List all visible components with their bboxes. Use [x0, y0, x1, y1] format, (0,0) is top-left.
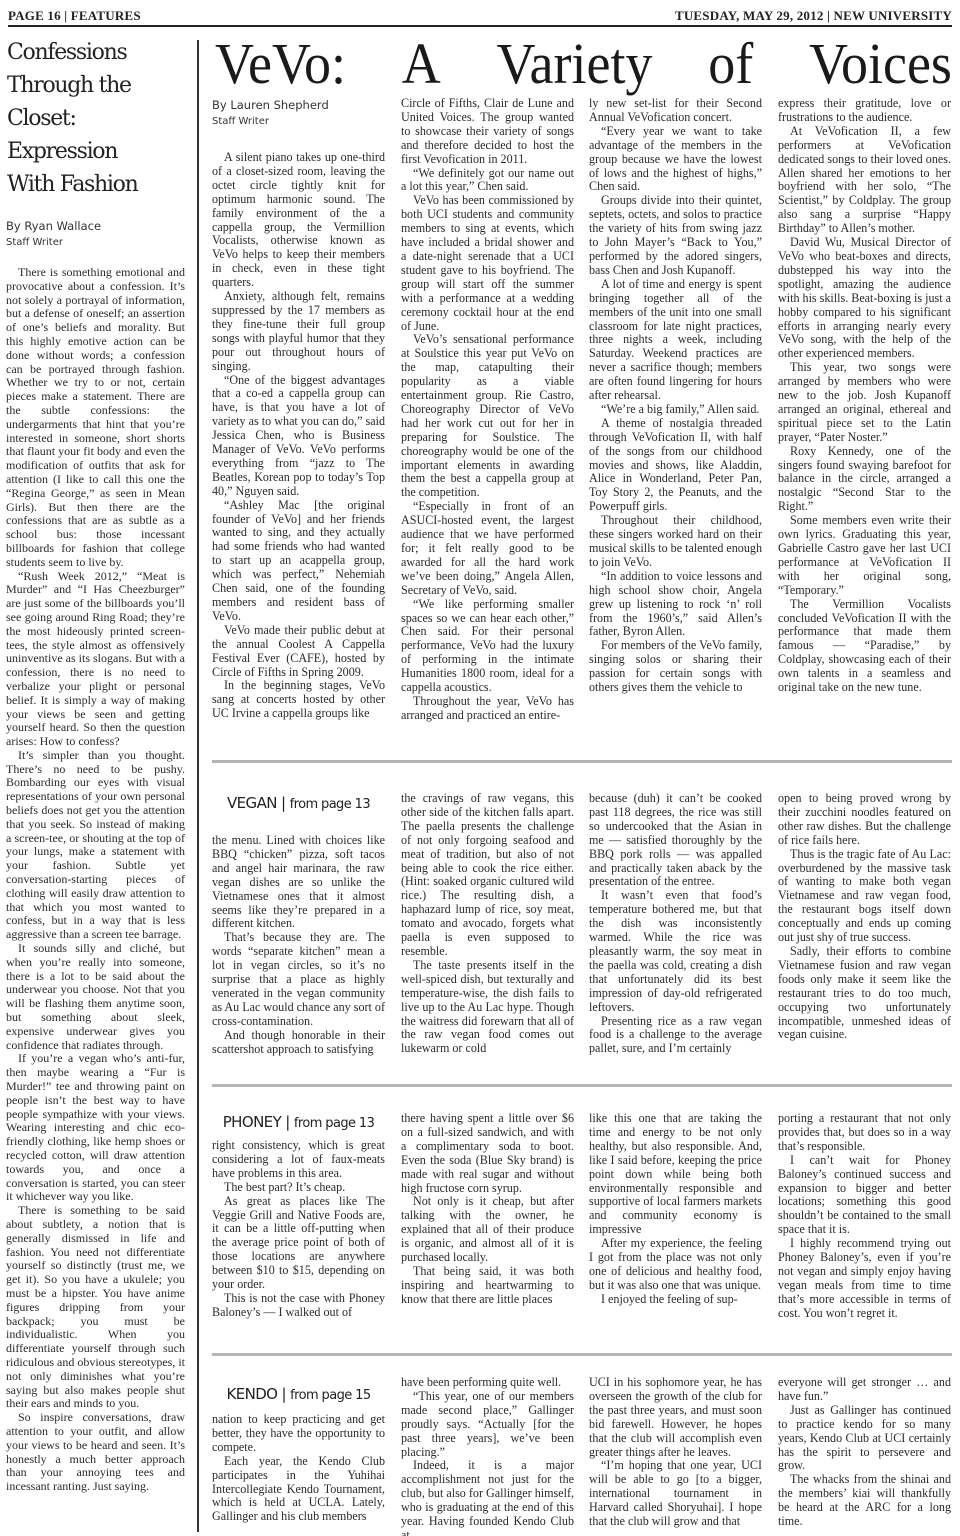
- kendo-col1-body: nation to keep practicing and get better…: [212, 1413, 385, 1524]
- headline-word: VeVo:: [215, 30, 346, 97]
- page-date-publication: TUESDAY, MAY 29, 2012 | NEW UNIVERSITY: [675, 8, 952, 24]
- paragraph: Thus is the tragic fate of Au Lac: overb…: [778, 848, 951, 945]
- headline-word: Variety: [497, 30, 653, 97]
- paragraph: This year, two songs were arranged by me…: [778, 361, 951, 444]
- vevo-headline: VeVo: A Variety of Voices: [215, 30, 952, 97]
- paragraph: It’s simpler than you thought. There’s n…: [6, 749, 185, 942]
- jump-from-link[interactable]: from page 13: [290, 797, 370, 812]
- paragraph: The taste presents itself in the well-sp…: [401, 959, 574, 1056]
- fashion-byline: By Ryan Wallace: [6, 219, 185, 233]
- paragraph: everyone will get stronger … and have fu…: [778, 1376, 951, 1404]
- section-divider: [212, 760, 952, 763]
- jump-label: VEGAN |: [227, 794, 285, 812]
- paragraph: because (duh) it can’t be cooked past 11…: [589, 792, 762, 889]
- headline-word: A: [402, 30, 441, 97]
- paragraph: “This year, one of our members made seco…: [401, 1390, 574, 1460]
- paragraph: Indeed, it is a major accomplishment not…: [401, 1459, 574, 1536]
- vegan-col1-body: the menu. Lined with choices like BBQ “c…: [212, 834, 385, 1057]
- paragraph: express their gratitude, love or frustra…: [778, 97, 951, 125]
- title-line: Confessions: [7, 36, 185, 69]
- kendo-column-2: have been performing quite well. “This y…: [401, 1376, 574, 1536]
- paragraph: VeVo made their public debut at the annu…: [212, 624, 385, 680]
- paragraph: “Ashley Mac [the original founder of VeV…: [212, 499, 385, 624]
- paragraph: After my experience, the feeling I got f…: [589, 1237, 762, 1293]
- kendo-column-3: UCI in his sophomore year, he has overse…: [589, 1376, 762, 1529]
- paragraph: “In addition to voice lessons and high s…: [589, 570, 762, 640]
- paragraph: the menu. Lined with choices like BBQ “c…: [212, 834, 385, 931]
- paragraph: In the beginning stages, VeVo sang at co…: [212, 679, 385, 721]
- column-divider: [197, 40, 199, 1532]
- vegan-column-4: open to being proved wrong by their zucc…: [778, 792, 951, 1042]
- vevo-byline: By Lauren Shepherd: [212, 98, 385, 112]
- paragraph: And though honorable in their scattersho…: [212, 1029, 385, 1057]
- kendo-column-4: everyone will get stronger … and have fu…: [778, 1376, 951, 1529]
- paragraph: Presenting rice as a raw vegan food is a…: [589, 1015, 762, 1057]
- phoney-jump-head: PHONEY | from page 13: [212, 1113, 385, 1131]
- fashion-article: Confessions Through the Closet: Expressi…: [6, 32, 185, 1494]
- jump-from-link[interactable]: from page 15: [290, 1388, 370, 1403]
- section-divider: [212, 1084, 952, 1087]
- paragraph: like this one that are taking the time a…: [589, 1112, 762, 1237]
- phoney-col1-body: right consistency, which is great consid…: [212, 1139, 385, 1320]
- paragraph: A theme of nostalgia threaded through Ve…: [589, 417, 762, 514]
- vevo-col1-body: A silent piano takes up one-third of a c…: [212, 151, 385, 721]
- paragraph: The Vermillion Vocalists concluded VeVof…: [778, 598, 951, 695]
- paragraph: UCI in his sophomore year, he has overse…: [589, 1376, 762, 1459]
- paragraph: Roxy Kennedy, one of the singers found s…: [778, 445, 951, 515]
- paragraph: A lot of time and energy is spent bringi…: [589, 278, 762, 403]
- vegan-jump-head: VEGAN | from page 13: [212, 794, 385, 812]
- paragraph: “Every year we want to take advantage of…: [589, 125, 762, 195]
- paragraph: “Especially in front of an ASUCI-hosted …: [401, 500, 574, 597]
- headline-word: Voices: [809, 30, 952, 97]
- paragraph: A silent piano takes up one-third of a c…: [212, 151, 385, 290]
- paragraph: So inspire conversations, draw attention…: [6, 1411, 185, 1494]
- paragraph: VeVo’s sensational performance at Soulst…: [401, 333, 574, 500]
- page-header: PAGE 16 | FEATURES TUESDAY, MAY 29, 2012…: [8, 4, 952, 27]
- paragraph: open to being proved wrong by their zucc…: [778, 792, 951, 848]
- jump-from-link[interactable]: from page 13: [294, 1116, 374, 1131]
- phoney-column-1: PHONEY | from page 13 right consistency,…: [212, 1113, 385, 1320]
- paragraph: It sounds silly and cliché, but when you…: [6, 942, 185, 1052]
- page-section-label: PAGE 16 | FEATURES: [8, 8, 141, 24]
- paragraph: There is something to be said about subt…: [6, 1204, 185, 1411]
- paragraph: At VeVofication II, a few performers at …: [778, 125, 951, 236]
- vevo-column-3: ly new set-list for their Second Annual …: [589, 97, 762, 695]
- title-line: Closet: Expression: [7, 102, 185, 168]
- paragraph: That being said, it was both inspiring a…: [401, 1265, 574, 1307]
- paragraph: Not only is it cheap, but after talking …: [401, 1195, 574, 1265]
- paragraph: have been performing quite well.: [401, 1376, 574, 1390]
- paragraph: ly new set-list for their Second Annual …: [589, 97, 762, 125]
- paragraph: VeVo has been commissioned by both UCI s…: [401, 194, 574, 333]
- phoney-column-3: like this one that are taking the time a…: [589, 1112, 762, 1307]
- vegan-column-2: the cravings of raw vegans, this other s…: [401, 792, 574, 1056]
- jump-label: KENDO |: [226, 1385, 286, 1403]
- phoney-column-2: there having spent a little over $6 on a…: [401, 1112, 574, 1307]
- paragraph: Some members even write their own lyrics…: [778, 514, 951, 597]
- paragraph: David Wu, Musical Director of VeVo who b…: [778, 236, 951, 361]
- paragraph: The whacks from the shinai and the membe…: [778, 1473, 951, 1529]
- paragraph: “We definitely got our name out a lot th…: [401, 167, 574, 195]
- jump-label: PHONEY |: [223, 1113, 290, 1131]
- paragraph: As great as places like The Veggie Grill…: [212, 1195, 385, 1292]
- paragraph: there having spent a little over $6 on a…: [401, 1112, 574, 1195]
- fashion-role: Staff Writer: [6, 237, 185, 248]
- paragraph: Sadly, their efforts to combine Vietname…: [778, 945, 951, 1042]
- paragraph: Each year, the Kendo Club participates i…: [212, 1455, 385, 1525]
- vevo-column-1: By Lauren Shepherd Staff Writer A silent…: [212, 98, 385, 721]
- paragraph: right consistency, which is great consid…: [212, 1139, 385, 1181]
- paragraph: It wasn’t even that food’s temperature b…: [589, 889, 762, 1014]
- vegan-column-1: VEGAN | from page 13 the menu. Lined wit…: [212, 794, 385, 1057]
- kendo-column-1: KENDO | from page 15 nation to keep prac…: [212, 1385, 385, 1524]
- paragraph: Just as Gallinger has continued to pract…: [778, 1404, 951, 1474]
- vevo-column-2: Circle of Fifths, Clair de Lune and Unit…: [401, 97, 574, 723]
- vevo-column-4: express their gratitude, love or frustra…: [778, 97, 951, 695]
- paragraph: Throughout the year, VeVo has arranged a…: [401, 695, 574, 723]
- paragraph: The best part? It’s cheap.: [212, 1181, 385, 1195]
- paragraph: This is not the case with Phoney Baloney…: [212, 1292, 385, 1320]
- fashion-body: There is something emotional and provoca…: [6, 266, 185, 1494]
- title-line: With Fashion: [7, 168, 185, 201]
- paragraph: “We’re a big family,” Allen said.: [589, 403, 762, 417]
- paragraph: “I’m hoping that one year, UCI will be a…: [589, 1459, 762, 1529]
- section-divider: [212, 1353, 952, 1356]
- paragraph: Circle of Fifths, Clair de Lune and Unit…: [401, 97, 574, 167]
- headline-word: of: [708, 30, 753, 97]
- paragraph: “Rush Week 2012,” “Meat is Murder” and “…: [6, 570, 185, 749]
- paragraph: Groups divide into their quintet, septet…: [589, 194, 762, 277]
- phoney-column-4: porting a restaurant that not only provi…: [778, 1112, 951, 1321]
- paragraph: porting a restaurant that not only provi…: [778, 1112, 951, 1154]
- vevo-role: Staff Writer: [212, 116, 385, 127]
- paragraph: There is something emotional and provoca…: [6, 266, 185, 570]
- paragraph: the cravings of raw vegans, this other s…: [401, 792, 574, 959]
- paragraph: Anxiety, although felt, remains suppress…: [212, 290, 385, 373]
- title-line: Through the: [7, 69, 185, 102]
- paragraph: “One of the biggest advantages that a co…: [212, 374, 385, 499]
- vegan-column-3: because (duh) it can’t be cooked past 11…: [589, 792, 762, 1056]
- paragraph: For members of the VeVo family, singing …: [589, 639, 762, 695]
- paragraph: If you’re a vegan who’s anti-fur, then m…: [6, 1052, 185, 1204]
- paragraph: That’s because they are. The words “sepa…: [212, 931, 385, 1028]
- fashion-article-title: Confessions Through the Closet: Expressi…: [7, 36, 185, 201]
- paragraph: I can’t wait for Phoney Baloney’s contin…: [778, 1154, 951, 1237]
- paragraph: Throughout their childhood, these singer…: [589, 514, 762, 570]
- paragraph: I enjoyed the feeling of sup-: [589, 1293, 762, 1307]
- kendo-jump-head: KENDO | from page 15: [212, 1385, 385, 1403]
- paragraph: I highly recommend trying out Phoney Bal…: [778, 1237, 951, 1320]
- paragraph: “We like performing smaller spaces so we…: [401, 598, 574, 695]
- paragraph: nation to keep practicing and get better…: [212, 1413, 385, 1455]
